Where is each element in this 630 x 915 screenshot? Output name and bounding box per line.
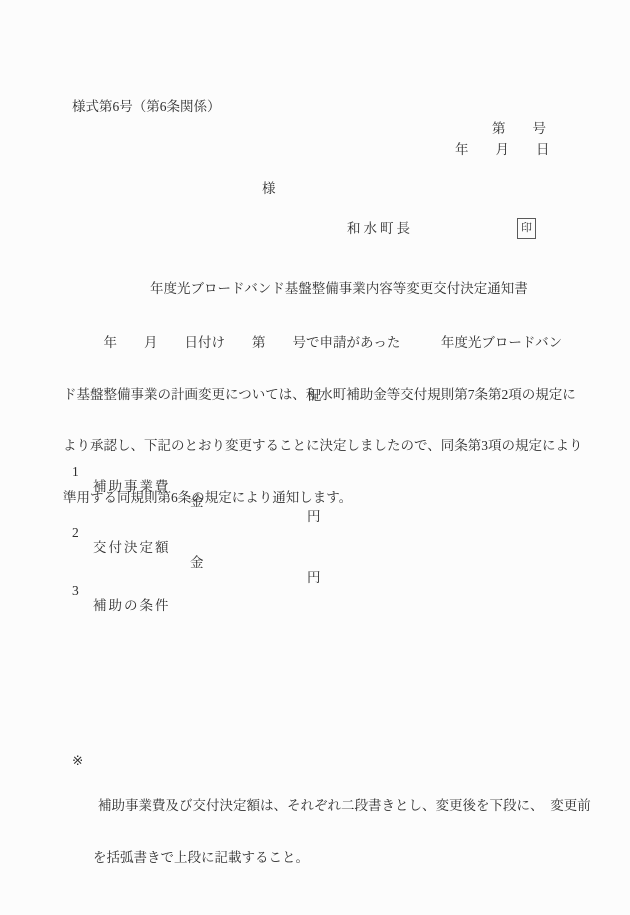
item-label: 補助事業費 xyxy=(93,479,171,494)
amount-prefix: 金 xyxy=(190,555,204,570)
amount-unit: 円 xyxy=(307,570,321,585)
item-number: 2 xyxy=(72,525,79,540)
document-number-blank: 第 号 xyxy=(492,121,546,136)
issuer-mayor-title: 和水町長 xyxy=(347,221,413,236)
item-number: 1 xyxy=(72,464,79,479)
body-paragraph: 年 月 日付け 第 号で申請があった 年度光ブロードバン ド基盤整備事業の計画変… xyxy=(63,302,573,538)
amount-unit: 円 xyxy=(307,509,321,524)
item-subsidy-conditions: 3 補助の条件 xyxy=(72,568,86,584)
footnote-line: 補助事業費及び交付決定額は、それぞれ二段書きとし、変更後を下段に、 変更前 xyxy=(98,795,572,817)
footnote-marker: ※ xyxy=(72,750,83,772)
item-label: 交付決定額 xyxy=(93,540,171,555)
item-subsidy-project-cost: 1 補助事業費 金 円 xyxy=(72,449,86,465)
footnote-line: を括弧書きで上段に記載すること。 xyxy=(93,847,572,869)
date-blank: 年 月 日 xyxy=(455,142,550,157)
ki-section-heading: 記 xyxy=(308,388,322,403)
document-page: 様式第6号（第6条関係） 第 号 年 月 日 様 和水町長 印 年度光ブロードバ… xyxy=(0,0,630,915)
seal-stamp-box: 印 xyxy=(517,218,536,239)
addressee-honorific: 様 xyxy=(262,181,276,196)
item-grant-decision-amount: 2 交付決定額 金 円 xyxy=(72,510,86,526)
document-title: 年度光ブロードバンド基盤整備事業内容等変更交付決定通知書 xyxy=(150,281,528,296)
body-line: 年 月 日付け 第 号で申請があった 年度光ブロードバン xyxy=(63,332,573,354)
amount-prefix: 金 xyxy=(190,494,204,509)
item-number: 3 xyxy=(72,583,79,598)
item-label: 補助の条件 xyxy=(93,598,171,613)
seal-character: 印 xyxy=(521,223,532,234)
body-line: より承認し、下記のとおり変更することに決定しましたので、同条第3項の規定により xyxy=(63,435,573,457)
form-number-label: 様式第6号（第6条関係） xyxy=(72,99,221,114)
footnote: ※ 補助事業費及び交付決定額は、それぞれ二段書きとし、変更後を下段に、 変更前 … xyxy=(72,750,572,899)
